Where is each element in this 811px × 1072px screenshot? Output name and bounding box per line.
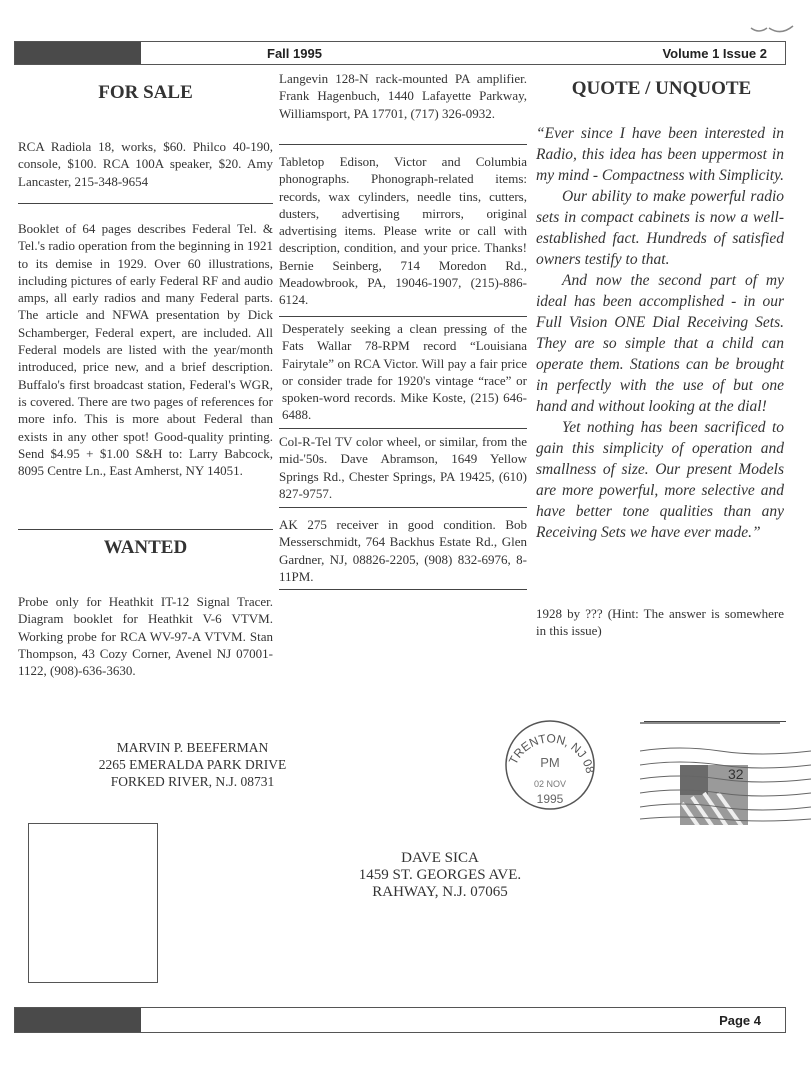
volume-issue: Volume 1 Issue 2 — [662, 46, 767, 61]
quote-body: “Ever since I have been interested in Ra… — [536, 123, 784, 543]
wanted-ad: Col-R-Tel TV color wheel, or similar, fr… — [279, 433, 527, 502]
svg-text:02 NOV: 02 NOV — [534, 779, 566, 789]
for-sale-ad: RCA Radiola 18, works, $60. Philco 40-19… — [18, 138, 273, 190]
divider — [279, 316, 527, 317]
divider — [18, 529, 273, 530]
for-sale-heading: FOR SALE — [18, 82, 273, 104]
return-address-line: 2265 EMERALDA PARK DRIVE — [60, 756, 325, 773]
divider — [279, 507, 527, 508]
issue-season: Fall 1995 — [267, 46, 322, 61]
recipient-address-line: RAHWAY, N.J. 07065 — [320, 884, 560, 901]
page-number: Page 4 — [719, 1013, 761, 1028]
quote-paragraph: Our ability to make powerful radio sets … — [536, 186, 784, 270]
header-band-shade — [15, 42, 141, 64]
wanted-ad: Langevin 128-N rack-mounted PA amplifier… — [279, 70, 527, 122]
svg-text:1995: 1995 — [537, 792, 564, 806]
wanted-heading: WANTED — [18, 537, 273, 559]
decorative-swoosh-icon — [749, 22, 797, 36]
footer-band: Page 4 — [14, 1007, 786, 1033]
for-sale-ad: Booklet of 64 pages describes Federal Te… — [18, 220, 273, 479]
wanted-ad: AK 275 receiver in good condition. Bob M… — [279, 516, 527, 585]
footer-band-shade — [15, 1008, 141, 1032]
return-address-line: MARVIN P. BEEFERMAN — [60, 739, 325, 756]
recipient-address-line: 1459 ST. GEORGES AVE. — [320, 867, 560, 884]
cancellation-lines: 32 — [640, 715, 811, 825]
header-band: Fall 1995 Volume 1 Issue 2 — [14, 41, 786, 65]
quote-attribution: 1928 by ??? (Hint: The answer is somewhe… — [536, 605, 784, 640]
quote-paragraph: “Ever since I have been interested in Ra… — [536, 123, 784, 186]
divider — [18, 203, 273, 204]
wanted-ad: Tabletop Edison, Victor and Columbia pho… — [279, 153, 527, 309]
quote-paragraph: Yet nothing has been sacrificed to gain … — [536, 417, 784, 543]
quote-paragraph: And now the second part of my ideal has … — [536, 270, 784, 417]
svg-text:PM: PM — [540, 755, 560, 770]
divider — [279, 428, 527, 429]
quote-heading: QUOTE / UNQUOTE — [534, 78, 789, 100]
label-box — [28, 823, 158, 983]
wanted-ad: Probe only for Heathkit IT-12 Signal Tra… — [18, 593, 273, 679]
recipient-address: DAVE SICA 1459 ST. GEORGES AVE. RAHWAY, … — [320, 850, 560, 901]
divider — [279, 144, 527, 145]
divider — [279, 589, 527, 590]
return-address: MARVIN P. BEEFERMAN 2265 EMERALDA PARK D… — [60, 739, 325, 790]
svg-text:32: 32 — [728, 766, 744, 782]
postmark-icon: TRENTON, NJ 086 PM 02 NOV 1995 — [500, 715, 600, 815]
recipient-address-line: DAVE SICA — [320, 850, 560, 867]
wanted-ad: Desperately seeking a clean pressing of … — [282, 320, 527, 424]
return-address-line: FORKED RIVER, N.J. 08731 — [60, 773, 325, 790]
